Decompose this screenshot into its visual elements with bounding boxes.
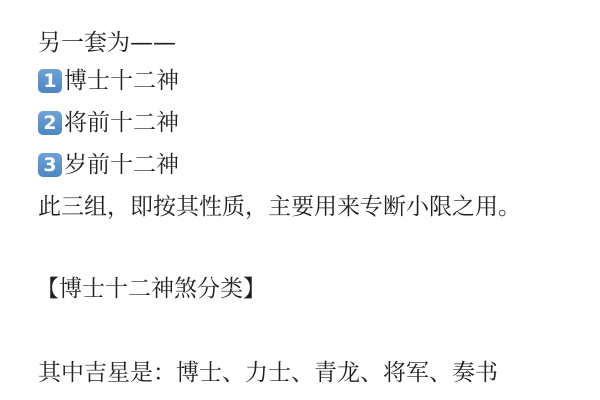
list-item-text: 将前十二神 (64, 108, 179, 138)
list-item-text: 博士十二神 (64, 66, 179, 96)
number-2-icon: 2 (38, 111, 62, 135)
intro-text: 另一套为—— (38, 28, 176, 58)
section-title: 【博士十二神煞分类】 (36, 274, 266, 304)
list-item: 2 将前十二神 (38, 108, 179, 138)
lucky-stars-text: 其中吉星是：博士、力士、青龙、将军、奏书 (38, 358, 498, 388)
number-3-icon: 3 (38, 153, 62, 177)
list-item-text: 岁前十二神 (64, 150, 179, 180)
summary-text: 此三组，即按其性质，主要用来专断小限之用。 (38, 192, 521, 222)
number-1-icon: 1 (38, 69, 62, 93)
list-item: 1 博士十二神 (38, 66, 179, 96)
list-item: 3 岁前十二神 (38, 150, 179, 180)
